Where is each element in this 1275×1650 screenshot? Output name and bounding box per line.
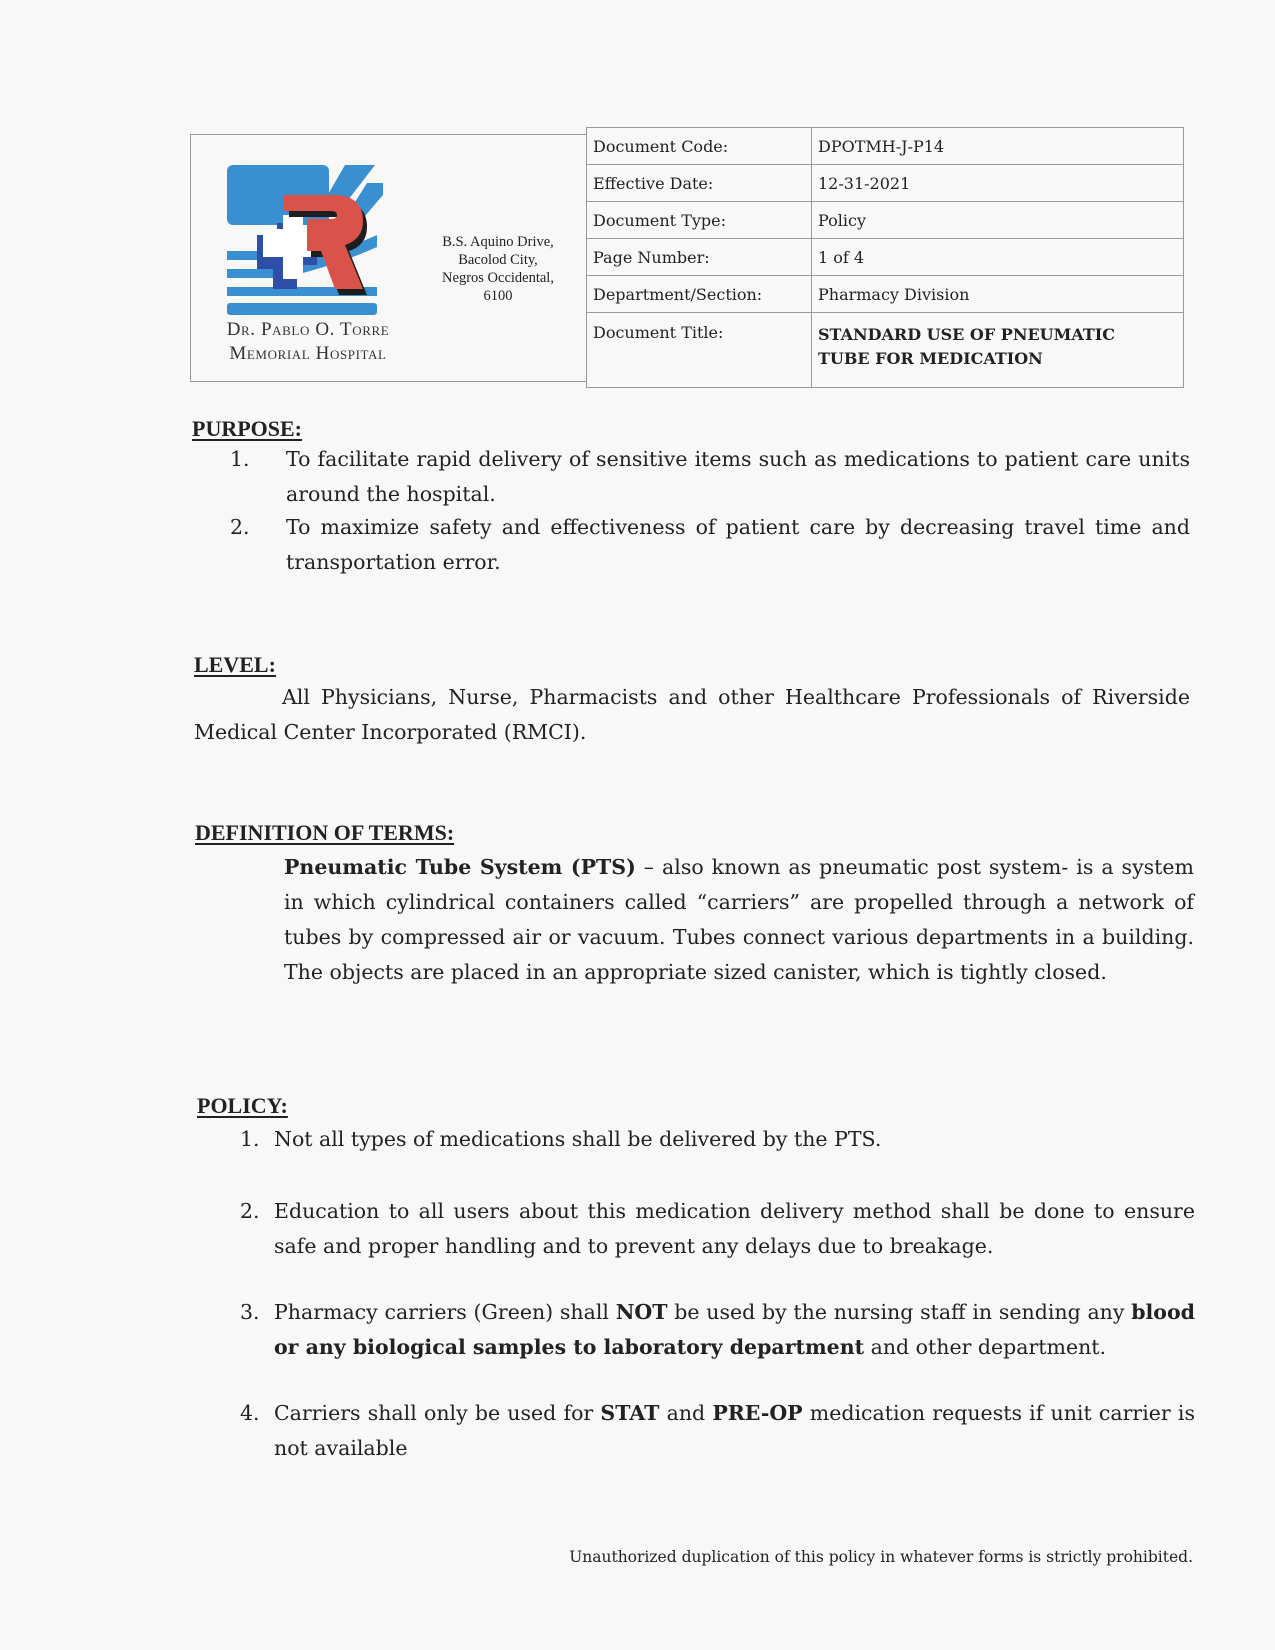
text-run: be used by the nursing staff in sending …	[668, 1300, 1132, 1324]
emphasis-text: PRE-OP	[712, 1401, 802, 1425]
meta-key: Effective Date:	[587, 165, 812, 202]
text-run: Not all types of medications shall be de…	[274, 1127, 881, 1151]
document-title: STANDARD USE OF PNEUMATIC TUBE FOR MEDIC…	[812, 313, 1184, 388]
meta-value: 1 of 4	[812, 239, 1184, 276]
definitions-heading: DEFINITION OF TERMS:	[195, 820, 454, 846]
item-number: 2.	[240, 1194, 260, 1229]
purpose-item: 2. To maximize safety and effectiveness …	[230, 510, 1190, 582]
level-text: All Physicians, Nurse, Pharmacists and o…	[194, 680, 1190, 750]
definition-pts: Pneumatic Tube System (PTS) – also known…	[284, 850, 1194, 990]
policy-item: 2.Education to all users about this medi…	[240, 1194, 1195, 1274]
address-line: Bacolod City,	[423, 251, 573, 269]
emphasis-text: STAT	[600, 1401, 659, 1425]
item-text: Not all types of medications shall be de…	[274, 1122, 1195, 1157]
meta-value: Pharmacy Division	[812, 276, 1184, 313]
document-meta-table: Document Code: DPOTMH-J-P14 Effective Da…	[586, 127, 1184, 388]
address-line: Negros Occidental,	[423, 269, 573, 287]
hospital-name: Dr. Pablo O. Torre Memorial Hospital	[195, 318, 421, 366]
meta-row-document-title: Document Title: STANDARD USE OF PNEUMATI…	[587, 313, 1184, 388]
meta-row-page-number: Page Number: 1 of 4	[587, 239, 1184, 276]
meta-row-department: Department/Section: Pharmacy Division	[587, 276, 1184, 313]
hospital-name-line1: Dr. Pablo O. Torre	[195, 318, 421, 342]
level-heading: LEVEL:	[194, 652, 276, 678]
item-text: Carriers shall only be used for STAT and…	[274, 1396, 1195, 1466]
document-page: Dr. Pablo O. Torre Memorial Hospital B.S…	[0, 0, 1275, 1650]
address-line: B.S. Aquino Drive,	[423, 233, 573, 251]
hospital-address: B.S. Aquino Drive, Bacolod City, Negros …	[423, 233, 573, 305]
meta-value: DPOTMH-J-P14	[812, 128, 1184, 165]
policy-heading: POLICY:	[197, 1093, 288, 1119]
meta-key: Document Type:	[587, 202, 812, 239]
document-title-line2: TUBE FOR MEDICATION	[818, 347, 1177, 371]
document-title-line1: STANDARD USE OF PNEUMATIC	[818, 323, 1177, 347]
item-text: To maximize safety and effectiveness of …	[286, 510, 1190, 580]
definition-term: Pneumatic Tube System (PTS)	[284, 855, 636, 879]
text-run: and other department.	[864, 1335, 1106, 1359]
item-number: 4.	[240, 1396, 260, 1431]
text-run: and	[659, 1401, 712, 1425]
meta-row-document-code: Document Code: DPOTMH-J-P14	[587, 128, 1184, 165]
header-logo-box: Dr. Pablo O. Torre Memorial Hospital B.S…	[190, 134, 586, 382]
purpose-heading: PURPOSE:	[192, 416, 302, 442]
item-number: 2.	[230, 510, 250, 545]
footer-notice: Unauthorized duplication of this policy …	[528, 1548, 1193, 1566]
policy-item: 1.Not all types of medications shall be …	[240, 1122, 1195, 1202]
meta-key: Page Number:	[587, 239, 812, 276]
hospital-name-line2: Memorial Hospital	[195, 342, 421, 366]
item-text: Pharmacy carriers (Green) shall NOT be u…	[274, 1295, 1195, 1365]
text-run: Pharmacy carriers (Green) shall	[274, 1300, 616, 1324]
hospital-logo-icon	[227, 165, 383, 315]
meta-key: Document Title:	[587, 313, 812, 388]
meta-key: Document Code:	[587, 128, 812, 165]
purpose-item: 1. To facilitate rapid delivery of sensi…	[230, 442, 1190, 514]
meta-value: Policy	[812, 202, 1184, 239]
item-text: Education to all users about this medica…	[274, 1194, 1195, 1264]
text-run: Carriers shall only be used for	[274, 1401, 600, 1425]
meta-value: 12-31-2021	[812, 165, 1184, 202]
meta-key: Department/Section:	[587, 276, 812, 313]
item-text: To facilitate rapid delivery of sensitiv…	[286, 442, 1190, 512]
item-number: 1.	[240, 1122, 260, 1157]
text-run: Education to all users about this medica…	[274, 1199, 1195, 1258]
item-number: 3.	[240, 1295, 260, 1330]
meta-row-document-type: Document Type: Policy	[587, 202, 1184, 239]
meta-row-effective-date: Effective Date: 12-31-2021	[587, 165, 1184, 202]
policy-item: 3.Pharmacy carriers (Green) shall NOT be…	[240, 1295, 1195, 1375]
address-line: 6100	[423, 287, 573, 305]
policy-item: 4.Carriers shall only be used for STAT a…	[240, 1396, 1195, 1476]
item-number: 1.	[230, 442, 250, 477]
emphasis-text: NOT	[616, 1300, 668, 1324]
